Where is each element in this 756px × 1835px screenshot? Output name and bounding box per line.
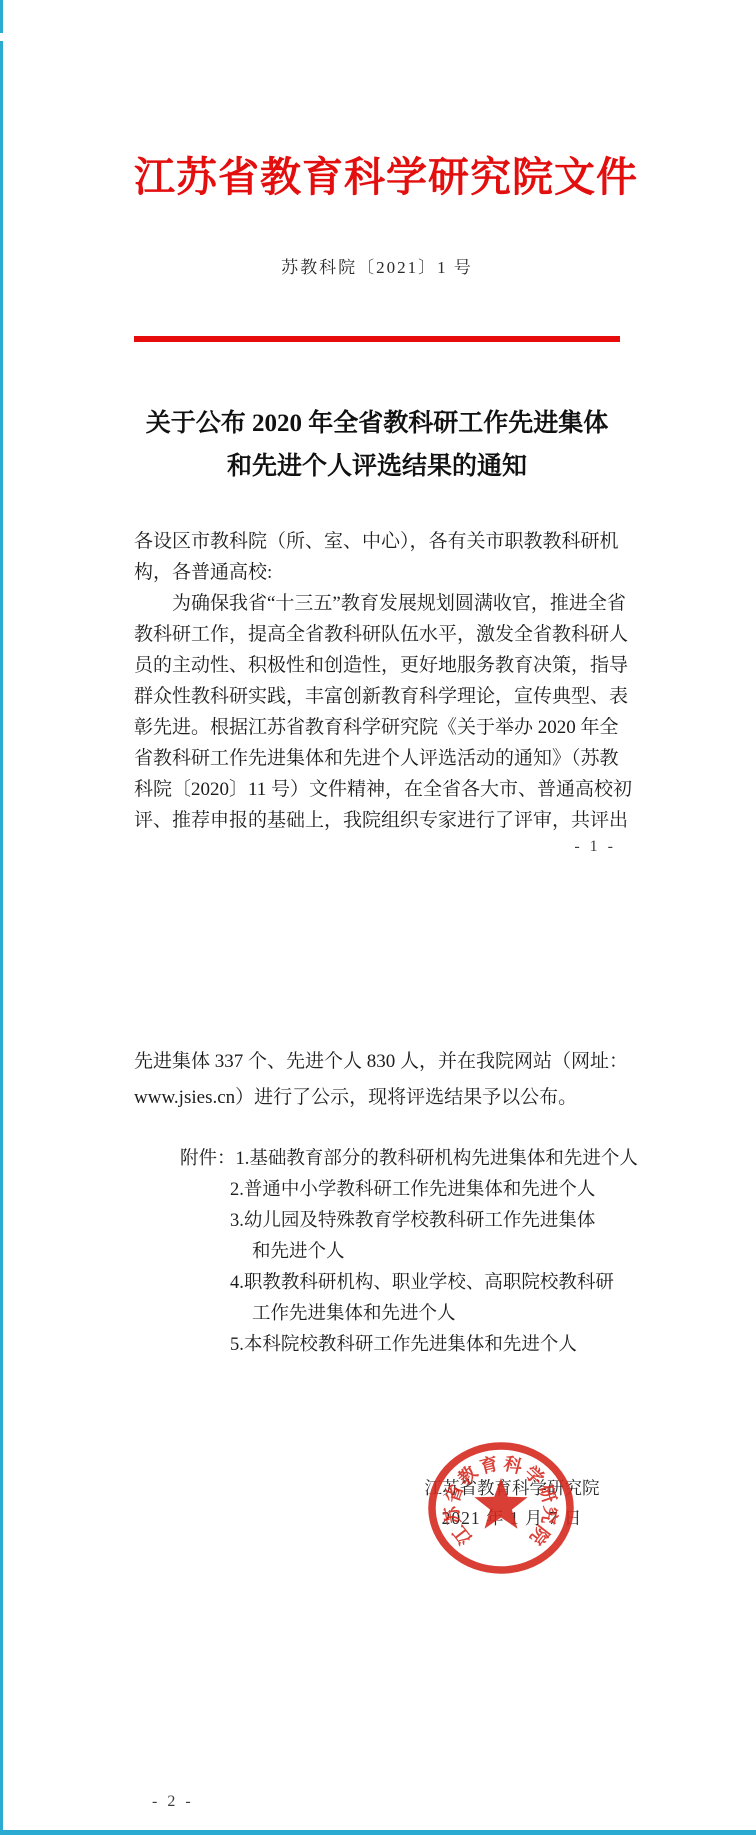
body-line: 为确保我省“十三五”教育发展规划圆满收官，推进全省 [134,588,620,619]
salutation-line: 构，各普通高校: [134,557,620,588]
attachment-label: 附件： [180,1149,236,1169]
body-line: 员的主动性、积极性和创造性，更好地服务教育决策，指导 [134,650,620,681]
issue-date: 2021 年 1 月 7 日 [404,1503,620,1533]
attachment-item-continuation: 和先进个人 [180,1237,620,1268]
document-number: 苏教科院〔2021〕1 号 [134,255,620,281]
attachment-item: 5.本科院校教科研工作先进集体和先进个人 [180,1330,620,1361]
body-line: 科院〔2020〕11 号）文件精神，在全省各大市、普通高校初 [134,774,620,805]
salutation-line: 各设区市教科院（所、室、中心），各有关市职教教科研机 [134,526,620,557]
notice-title-line-1: 关于公布 2020 年全省教科研工作先进集体 [134,402,620,445]
notice-title: 关于公布 2020 年全省教科研工作先进集体 和先进个人评选结果的通知 [134,402,620,488]
body-line: 群众性教科研实践，丰富创新教育科学理论，宣传典型、表 [134,681,620,712]
attachment-line: 附件：1.基础教育部分的教科研机构先进集体和先进个人 [180,1144,620,1175]
page-1-body: 各设区市教科院（所、室、中心），各有关市职教教科研机 构，各普通高校: 为确保我… [134,526,620,836]
page-2-number: - 2 - [152,1793,194,1811]
page-2: 先进集体 337 个、先进个人 830 人，并在我院网站（网址： www.jsi… [0,888,756,1835]
page-2-body: 先进集体 337 个、先进个人 830 人，并在我院网站（网址： www.jsi… [134,1044,620,1116]
attachment-list: 附件：1.基础教育部分的教科研机构先进集体和先进个人 2.普通中小学教科研工作先… [134,1144,620,1361]
body-line: 评、推荐申报的基础上，我院组织专家进行了评审，共评出 [134,805,620,836]
attachment-item-continuation: 工作先进集体和先进个人 [180,1299,620,1330]
body-line: 先进集体 337 个、先进个人 830 人，并在我院网站（网址： [134,1044,620,1080]
issuing-authority: 江苏省教育科学研究院 [404,1473,620,1503]
body-line: 教科研工作，提高全省教科研队伍水平，激发全省教科研人 [134,619,620,650]
page-1-number: - 1 - [574,838,616,856]
attachment-item: 1.基础教育部分的教科研机构先进集体和先进个人 [236,1149,638,1169]
body-line: 省教科研工作先进集体和先进个人评选活动的通知》（苏教 [134,743,620,774]
red-divider-rule [134,336,620,342]
attachment-item: 2.普通中小学教科研工作先进集体和先进个人 [180,1175,620,1206]
notice-title-line-2: 和先进个人评选结果的通知 [134,445,620,488]
document-scan: 江苏省教育科学研究院文件 苏教科院〔2021〕1 号 关于公布 2020 年全省… [0,0,756,1835]
attachment-item: 4.职教教科研机构、职业学校、高职院校教科研 [180,1268,620,1299]
body-line: www.jsies.cn）进行了公示，现将评选结果予以公布。 [134,1080,620,1116]
signature-block: 江苏省教育科学研究院 2021 年 1 月 7 日 [404,1473,620,1533]
attachment-item: 3.幼儿园及特殊教育学校教科研工作先进集体 [180,1206,620,1237]
body-line: 彰先进。根据江苏省教育科学研究院《关于举办 2020 年全 [134,712,620,743]
document-header-title: 江苏省教育科学研究院文件 [134,150,620,205]
page-1: 江苏省教育科学研究院文件 苏教科院〔2021〕1 号 关于公布 2020 年全省… [0,0,756,888]
